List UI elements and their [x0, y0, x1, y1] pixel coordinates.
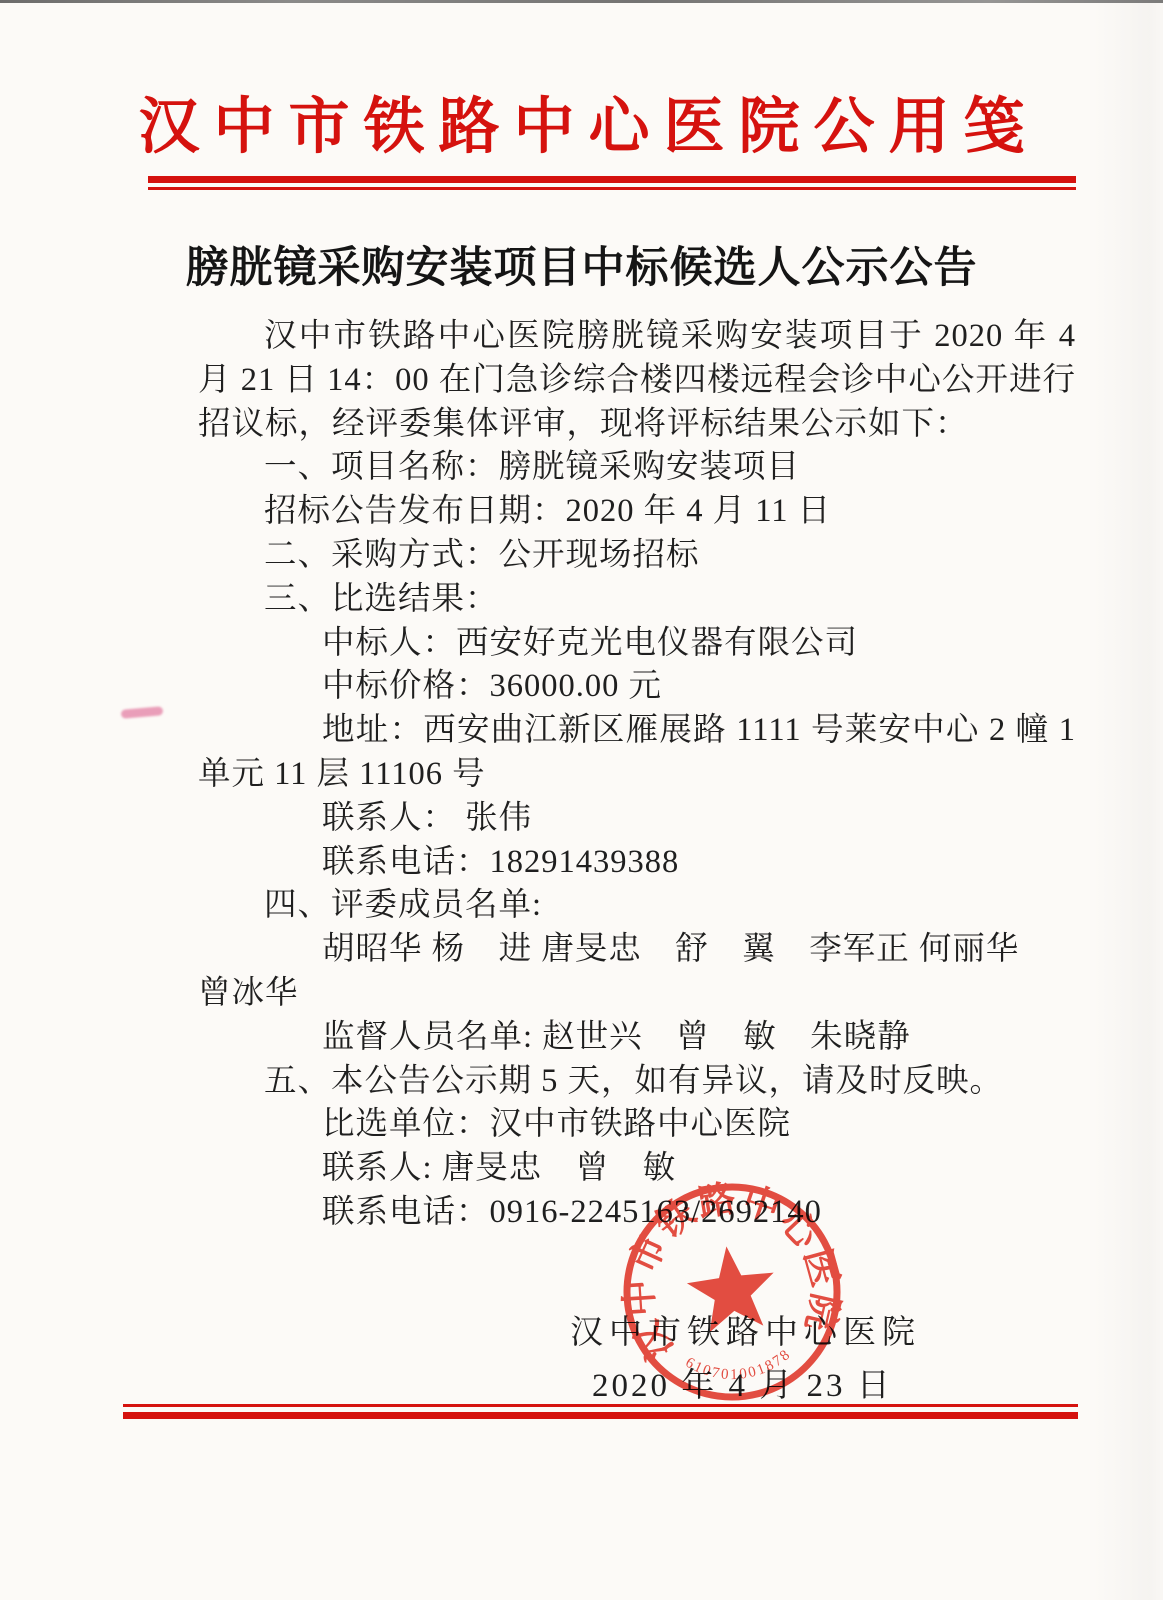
body-line: 曾冰华: [198, 972, 1076, 1016]
body-line: 中标价格：36000.00 元: [198, 665, 1076, 709]
body-line: 二、采购方式：公开现场招标: [198, 534, 1076, 578]
body-line: 单元 11 层 11106 号: [198, 753, 1076, 797]
body-line: 招标公告发布日期：2020 年 4 月 11 日: [198, 490, 1076, 534]
rule-thick-bar: [123, 1412, 1078, 1419]
body-line: 五、本公告公示期 5 天，如有异议，请及时反映。: [198, 1060, 1076, 1104]
seal-serial-number: 610701001878: [681, 1342, 795, 1389]
pink-ink-smudge: [121, 706, 164, 719]
body-line: 三、比选结果：: [198, 578, 1076, 622]
body-line: 联系电话：18291439388: [198, 841, 1076, 885]
body-line: 一、项目名称：膀胱镜采购安装项目: [198, 446, 1076, 490]
rule-thin-bar: [148, 187, 1076, 190]
document-body: 汉中市铁路中心医院膀胱镜采购安装项目于 2020 年 4 月 21 日 14：0…: [198, 315, 1076, 1235]
official-seal-stamp: 汉中市铁路中心医院 610701001878: [599, 1159, 864, 1424]
scanned-document-page: 汉中市铁路中心医院公用笺 膀胱镜采购安装项目中标候选人公示公告 汉中市铁路中心医…: [0, 0, 1163, 1600]
body-line: 地址：西安曲江新区雁展路 1111 号莱安中心 2 幢 1: [198, 709, 1076, 753]
body-line: 中标人：西安好克光电仪器有限公司: [198, 622, 1076, 666]
body-line: 联系人： 张伟: [198, 797, 1076, 841]
body-line: 比选单位：汉中市铁路中心医院: [198, 1103, 1076, 1147]
rule-thin-bar: [123, 1404, 1078, 1407]
body-line: 胡昭华 杨 进 唐旻忠 舒 翼 李军正 何丽华: [198, 928, 1076, 972]
rule-thick-bar: [148, 176, 1076, 183]
body-line: 监督人员名单: 赵世兴 曾 敏 朱晓静: [198, 1016, 1076, 1060]
letterhead-rule: [148, 176, 1076, 190]
body-line: 汉中市铁路中心医院膀胱镜采购安装项目于 2020 年 4: [198, 315, 1076, 359]
body-line: 四、评委成员名单:: [198, 884, 1076, 928]
letterhead-title: 汉中市铁路中心医院公用笺: [0, 78, 1163, 165]
body-line: 月 21 日 14：00 在门急诊综合楼四楼远程会诊中心公开进行: [198, 359, 1076, 403]
body-line: 招议标，经评委集体评审，现将评标结果公示如下：: [198, 403, 1076, 447]
star-icon: [683, 1241, 780, 1334]
scan-edge-artifact: [0, 0, 1163, 3]
document-title: 膀胱镜采购安装项目中标候选人公示公告: [0, 234, 1163, 295]
seal-graphic: 汉中市铁路中心医院 610701001878: [599, 1159, 864, 1424]
footer-rule: [123, 1404, 1078, 1419]
